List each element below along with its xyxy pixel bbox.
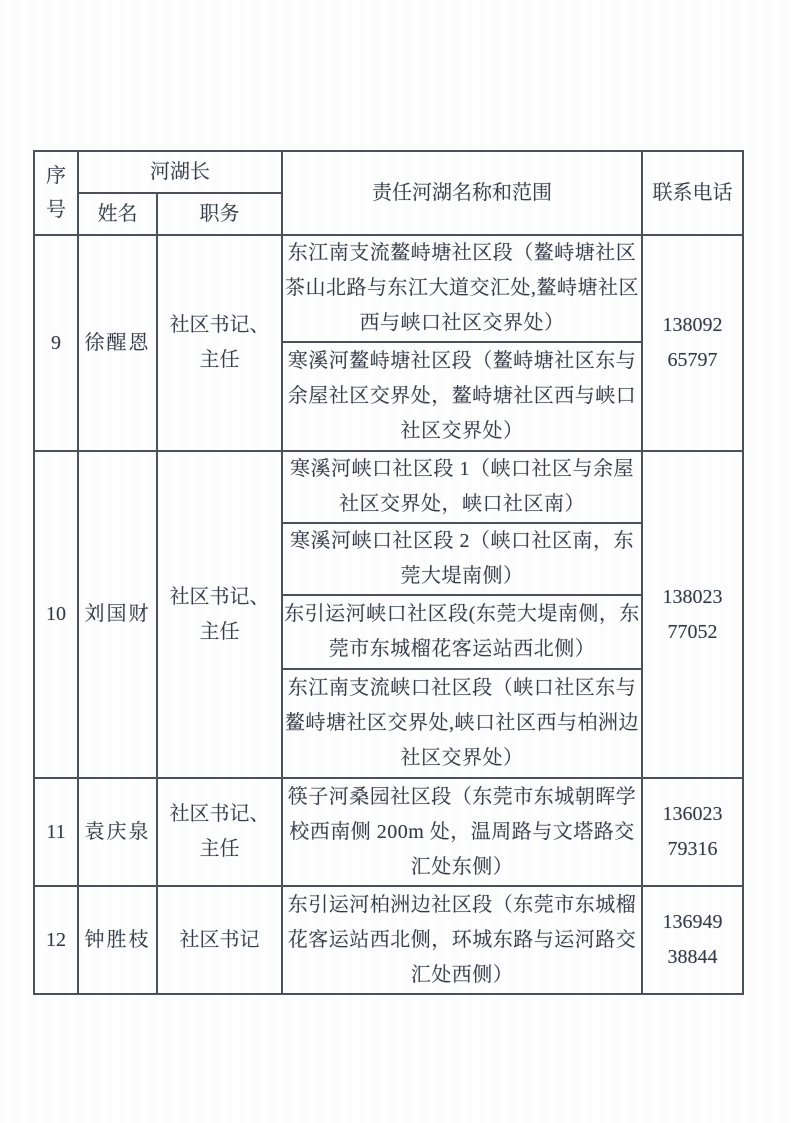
river-segment-cell: 筷子河桑园社区段（东莞市东城朝晖学校西南侧 200m 处，温周路与文塔路交汇处东…: [282, 778, 642, 886]
phone-line-1: 138092: [643, 308, 742, 343]
serial-cell: 11: [34, 778, 78, 886]
phone-line-1: 136949: [643, 905, 742, 940]
phone-line-1: 138023: [643, 580, 742, 615]
phone-line-2: 79316: [643, 832, 742, 867]
header-serial: 序号: [34, 151, 78, 235]
header-duty: 职务: [157, 193, 282, 235]
phone-cell: 136023 79316: [642, 778, 743, 886]
phone-line-2: 65797: [643, 343, 742, 378]
river-segment-text: 筷子河桑园社区段（东莞市东城朝晖学校西南侧 200m 处，温周路与文塔路交汇处东…: [283, 780, 641, 885]
river-chief-table: 序号 河湖长 责任河湖名称和范围 联系电话 姓名 职务 9 徐醒恩 社区书记、主…: [33, 150, 744, 995]
river-segment-cell: 东引运河峡口社区段(东莞大堤南侧，东莞市东城榴花客运站西北侧）: [282, 595, 642, 669]
table-row: 10 刘国财 社区书记、主任 寒溪河峡口社区段 1（峡口社区与余屋社区交界处，峡…: [34, 451, 743, 523]
river-segment-text: 寒溪河峡口社区段 1（峡口社区与余屋社区交界处，峡口社区南）: [283, 452, 641, 522]
table-row: 12 钟胜枝 社区书记 东引运河柏洲边社区段（东莞市东城榴花客运站西北侧，环城东…: [34, 886, 743, 994]
table-header-row-1: 序号 河湖长 责任河湖名称和范围 联系电话: [34, 151, 743, 193]
river-segment-text: 东引运河柏洲边社区段（东莞市东城榴花客运站西北侧，环城东路与运河路交汇处西侧）: [283, 888, 641, 993]
river-segment-text: 寒溪河峡口社区段 2（峡口社区南，东莞大堤南侧）: [283, 524, 641, 594]
river-segment-text: 寒溪河鳌峙塘社区段（鳌峙塘社区东与余屋社区交界处，鳌峙塘社区西与峡口社区交界处）: [283, 344, 641, 449]
phone-cell: 138023 77052: [642, 451, 743, 778]
river-segment-cell: 东江南支流峡口社区段（峡口社区东与鳌峙塘社区交界处,峡口社区西与柏洲边社区交界处…: [282, 669, 642, 778]
river-segment-cell: 寒溪河鳌峙塘社区段（鳌峙塘社区东与余屋社区交界处，鳌峙塘社区西与峡口社区交界处）: [282, 342, 642, 451]
header-name: 姓名: [78, 193, 157, 235]
river-segment-text: 东引运河峡口社区段(东莞大堤南侧，东莞市东城榴花客运站西北侧）: [283, 597, 641, 667]
serial-cell: 12: [34, 886, 78, 994]
duty-text: 社区书记、主任: [168, 797, 272, 867]
duty-text: 社区书记: [168, 923, 272, 958]
phone-line-2: 77052: [643, 615, 742, 650]
name-cell: 袁庆泉: [78, 778, 157, 886]
name-cell: 刘国财: [78, 451, 157, 778]
phone-cell: 138092 65797: [642, 235, 743, 451]
duty-cell: 社区书记、主任: [157, 451, 282, 778]
table-row: 9 徐醒恩 社区书记、主任 东江南支流鳌峙塘社区段（鳌峙塘社区茶山北路与东江大道…: [34, 235, 743, 342]
river-segment-cell: 东江南支流鳌峙塘社区段（鳌峙塘社区茶山北路与东江大道交汇处,鳌峙塘社区西与峡口社…: [282, 235, 642, 342]
river-segment-text: 东江南支流峡口社区段（峡口社区东与鳌峙塘社区交界处,峡口社区西与柏洲边社区交界处…: [283, 671, 641, 776]
river-segment-cell: 寒溪河峡口社区段 2（峡口社区南，东莞大堤南侧）: [282, 523, 642, 595]
serial-cell: 10: [34, 451, 78, 778]
phone-line-2: 38844: [643, 940, 742, 975]
header-phone: 联系电话: [642, 151, 743, 235]
duty-cell: 社区书记、主任: [157, 778, 282, 886]
name-cell: 徐醒恩: [78, 235, 157, 451]
river-segment-cell: 寒溪河峡口社区段 1（峡口社区与余屋社区交界处，峡口社区南）: [282, 451, 642, 523]
header-chief: 河湖长: [78, 151, 282, 193]
name-cell: 钟胜枝: [78, 886, 157, 994]
phone-cell: 136949 38844: [642, 886, 743, 994]
duty-text: 社区书记、主任: [168, 308, 272, 378]
river-segment-cell: 东引运河柏洲边社区段（东莞市东城榴花客运站西北侧，环城东路与运河路交汇处西侧）: [282, 886, 642, 994]
header-river: 责任河湖名称和范围: [282, 151, 642, 235]
duty-text: 社区书记、主任: [168, 580, 272, 650]
duty-cell: 社区书记、主任: [157, 235, 282, 451]
serial-cell: 9: [34, 235, 78, 451]
river-chief-table-container: 序号 河湖长 责任河湖名称和范围 联系电话 姓名 职务 9 徐醒恩 社区书记、主…: [33, 150, 742, 995]
header-serial-label: 序号: [45, 159, 67, 227]
duty-cell: 社区书记: [157, 886, 282, 994]
phone-line-1: 136023: [643, 797, 742, 832]
river-segment-text: 东江南支流鳌峙塘社区段（鳌峙塘社区茶山北路与东江大道交汇处,鳌峙塘社区西与峡口社…: [283, 236, 641, 341]
table-row: 11 袁庆泉 社区书记、主任 筷子河桑园社区段（东莞市东城朝晖学校西南侧 200…: [34, 778, 743, 886]
scanned-document-page: { "page": { "background_color": "#fefefe…: [0, 0, 794, 1123]
